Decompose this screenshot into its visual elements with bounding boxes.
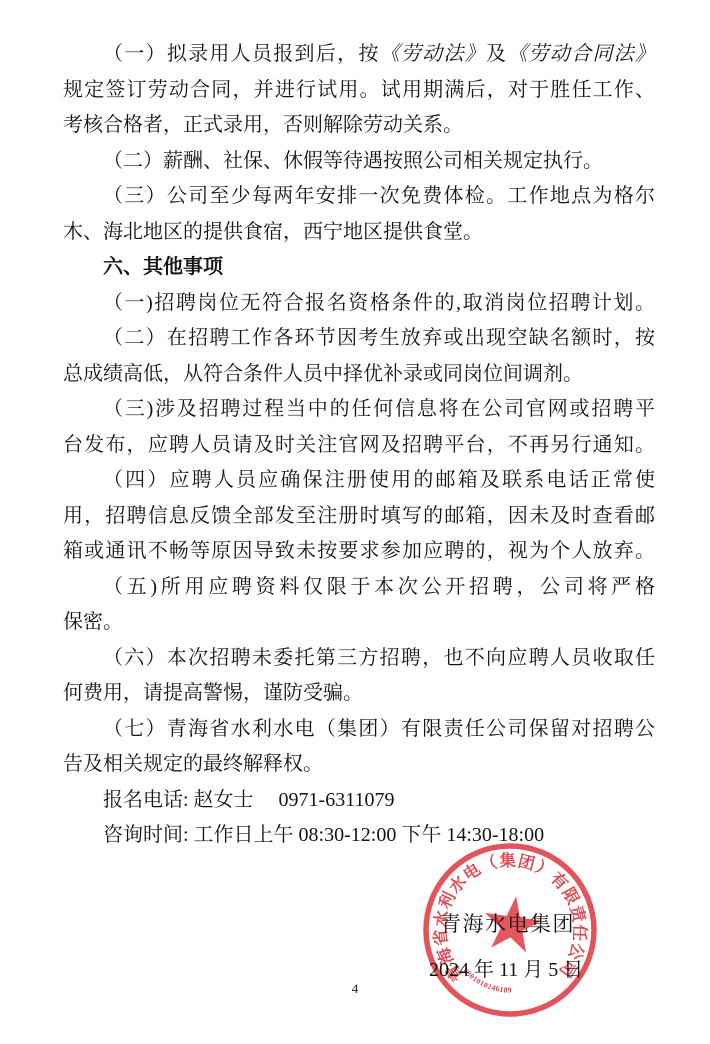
text-segment: （六）本次招聘未委托第三方招聘，也不向应聘人员收取任 — [103, 647, 655, 669]
document-line: 总成绩高低，从符合条件人员中择优补录或同岗位间调剂。 — [63, 357, 655, 393]
document-line: 箱或通讯不畅等原因导致未按要求参加应聘的，视为个人放弃。 — [63, 534, 655, 570]
document-line: 考核合格者，正式录用，否则解除劳动关系。 — [63, 108, 655, 144]
document-line: 用，招聘信息反馈全部发至注册时填写的邮箱，因未及时查看邮 — [63, 499, 655, 535]
document-line: （七）青海省水利水电（集团）有限责任公司保留对招聘公 — [63, 712, 655, 748]
text-segment: 告及相关规定的最终解释权。 — [63, 753, 323, 775]
law-title-text: 《劳动法》 — [380, 43, 486, 65]
document-line: （六）本次招聘未委托第三方招聘，也不向应聘人员收取任 — [63, 641, 655, 677]
text-segment: （三)涉及招聘过程当中的任何信息将在公司官网或招聘平 — [103, 398, 655, 420]
document-line: 何费用，请提高警惕，谨防受骗。 — [63, 676, 655, 712]
text-segment: 考核合格者，正式录用，否则解除劳动关系。 — [63, 114, 463, 136]
text-segment: 木、海北地区的提供食宿，西宁地区提供食堂。 — [63, 221, 483, 243]
text-segment: 用，招聘信息反馈全部发至注册时填写的邮箱，因未及时查看邮 — [63, 505, 655, 527]
document-line: （五)所用应聘资料仅限于本次公开招聘，公司将严格 — [63, 570, 655, 606]
signature-date: 2024 年 11 月 5 日 — [429, 953, 583, 982]
text-segment: 报名电话: 赵女士 0971-6311079 — [103, 789, 394, 811]
text-segment: 箱或通讯不畅等原因导致未按要求参加应聘的，视为个人放弃。 — [63, 540, 655, 562]
signature-company: 青海水电集团 — [440, 908, 575, 938]
text-segment: 保密。 — [63, 611, 123, 633]
text-segment: 总成绩高低，从符合条件人员中择优补录或同岗位间调剂。 — [63, 363, 583, 385]
document-line: （二）薪酬、社保、休假等待遇按照公司相关规定执行。 — [63, 144, 655, 180]
document-body: （一）拟录用人员报到后，按《劳动法》及《劳动合同法》规定签订劳动合同，并进行试用… — [63, 37, 655, 854]
text-segment: （一)招聘岗位无符合报名资格条件的,取消岗位招聘计划。 — [103, 292, 655, 314]
section-heading: 六、其他事项 — [63, 250, 655, 286]
document-line: 木、海北地区的提供食宿，西宁地区提供食堂。 — [63, 215, 655, 251]
document-page: （一）拟录用人员报到后，按《劳动法》及《劳动合同法》规定签订劳动合同，并进行试用… — [0, 0, 710, 1044]
text-segment: 台发布，应聘人员请及时关注官网及招聘平台，不再另行通知。 — [63, 434, 655, 456]
text-segment: （七）青海省水利水电（集团）有限责任公司保留对招聘公 — [103, 718, 655, 740]
document-line: （一）拟录用人员报到后，按《劳动法》及《劳动合同法》 — [63, 37, 655, 73]
document-line: （二）在招聘工作各环节因考生放弃或出现空缺名额时，按 — [63, 321, 655, 357]
document-line: 告及相关规定的最终解释权。 — [63, 747, 655, 783]
document-line: （三）公司至少每两年安排一次免费体检。工作地点为格尔 — [63, 179, 655, 215]
document-line: 台发布，应聘人员请及时关注官网及招聘平台，不再另行通知。 — [63, 428, 655, 464]
text-segment: （四）应聘人员应确保注册使用的邮箱及联系电话正常使 — [103, 469, 655, 491]
text-segment: （二）薪酬、社保、休假等待遇按照公司相关规定执行。 — [103, 150, 603, 172]
document-line: （一)招聘岗位无符合报名资格条件的,取消岗位招聘计划。 — [63, 286, 655, 322]
law-title-text: 《劳动合同法》 — [507, 43, 655, 65]
text-segment: 六、其他事项 — [103, 256, 223, 278]
text-segment: （五)所用应聘资料仅限于本次公开招聘，公司将严格 — [103, 576, 655, 598]
text-segment: 及 — [486, 43, 507, 65]
document-line: 规定签订劳动合同，并进行试用。试用期满后，对于胜任工作、 — [63, 73, 655, 109]
text-segment: 何费用，请提高警惕，谨防受骗。 — [63, 682, 363, 704]
text-segment: （二）在招聘工作各环节因考生放弃或出现空缺名额时，按 — [103, 327, 655, 349]
text-segment: （一）拟录用人员报到后，按 — [103, 43, 380, 65]
document-line: （四）应聘人员应确保注册使用的邮箱及联系电话正常使 — [63, 463, 655, 499]
document-line: 报名电话: 赵女士 0971-6311079 — [63, 783, 655, 819]
document-line: （三)涉及招聘过程当中的任何信息将在公司官网或招聘平 — [63, 392, 655, 428]
text-segment: （三）公司至少每两年安排一次免费体检。工作地点为格尔 — [103, 185, 655, 207]
document-line: 保密。 — [63, 605, 655, 641]
text-segment: 规定签订劳动合同，并进行试用。试用期满后，对于胜任工作、 — [63, 79, 655, 101]
